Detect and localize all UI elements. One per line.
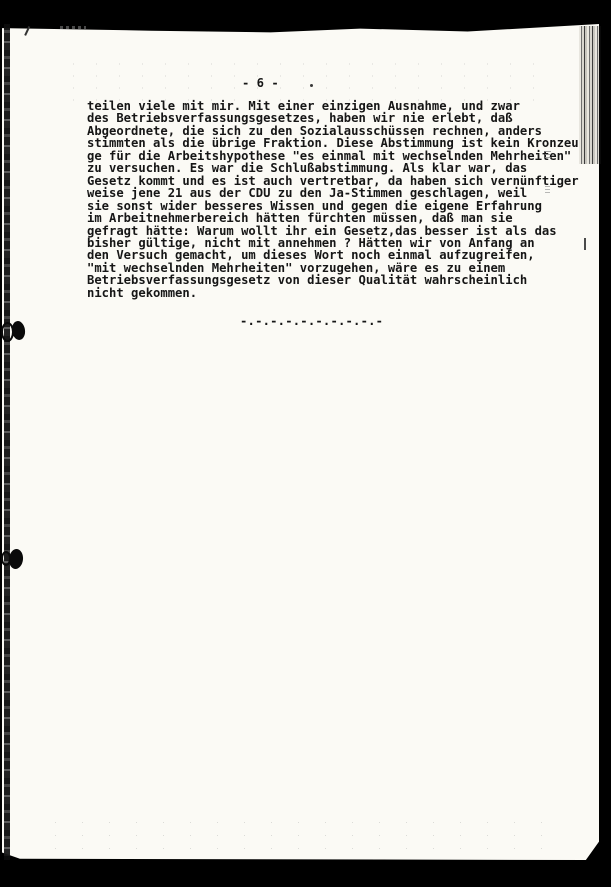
scan-artifact-tick bbox=[584, 238, 586, 250]
scan-artifact-dot bbox=[310, 84, 313, 87]
scan-artifact-dashes bbox=[60, 26, 86, 29]
section-separator: -.-.-.-.-.-.-.-.-.- bbox=[240, 315, 383, 327]
scan-artifact-margin-mark-2 bbox=[545, 186, 550, 194]
scan-artifact-margin-mark-1 bbox=[545, 151, 551, 160]
body-text: teilen viele mit mir. Mit einer einzigen… bbox=[87, 100, 592, 299]
scan-noise-bottom-row bbox=[182, 860, 562, 876]
scan-noise-bottom bbox=[42, 816, 562, 862]
binding-edge-shadow bbox=[4, 24, 10, 860]
page-number: - 6 - bbox=[242, 77, 279, 89]
scanned-document: - 6 - teilen viele mit mir. Mit einer ei… bbox=[0, 0, 611, 887]
book-page-edges bbox=[579, 26, 601, 164]
